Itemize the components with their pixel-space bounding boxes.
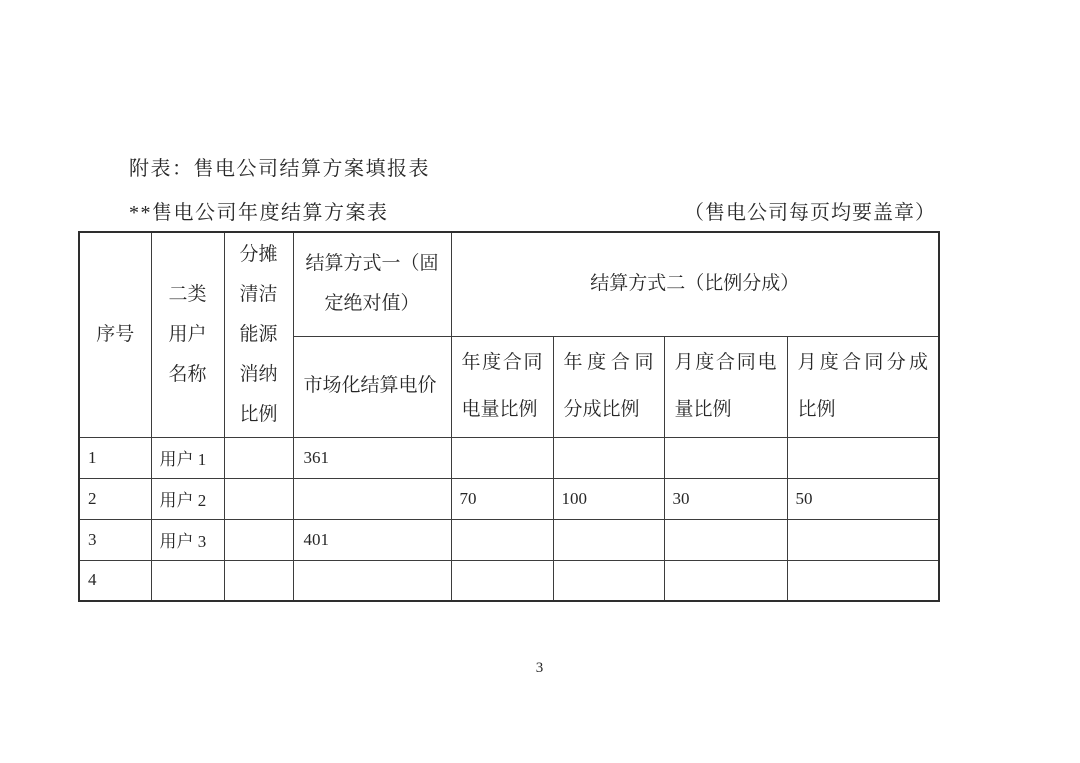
price-cell: 401: [293, 519, 451, 560]
annual-qty-cell: [451, 519, 553, 560]
price-cell: [293, 560, 451, 601]
header-method1-group: 结算方式一（固定绝对值）: [293, 232, 451, 336]
user-name-cell: 用户 3: [151, 519, 224, 560]
share-ratio-cell: [224, 478, 293, 519]
row-index-cell: 3: [79, 519, 151, 560]
table-row: 4: [79, 560, 939, 601]
user-name-cell: 用户 2: [151, 478, 224, 519]
table-title: **售电公司年度结算方案表: [129, 196, 389, 225]
monthly-qty-cell: [664, 437, 787, 478]
header-annual-qty-ratio: 年度合同电量比例: [451, 336, 553, 437]
user-name-cell: 用户 1: [151, 437, 224, 478]
user-name-cell: [151, 560, 224, 601]
header-annual-split-ratio: 年度合同分成比例: [553, 336, 664, 437]
price-cell: 361: [293, 437, 451, 478]
header-method2-group: 结算方式二（比例分成）: [451, 232, 939, 336]
header-user-category: 二类用户名称: [151, 232, 224, 437]
monthly-split-cell: 50: [787, 478, 939, 519]
annual-split-cell: [553, 519, 664, 560]
annual-split-cell: 100: [553, 478, 664, 519]
header-monthly-qty-ratio: 月度合同电量比例: [664, 336, 787, 437]
share-ratio-cell: [224, 560, 293, 601]
header-monthly-split-ratio: 月度合同分成比例: [787, 336, 939, 437]
monthly-qty-cell: [664, 560, 787, 601]
document-page: 附表：售电公司结算方案填报表 **售电公司年度结算方案表 （售电公司每页均要盖章…: [0, 0, 1080, 763]
row-index-cell: 2: [79, 478, 151, 519]
header-serial: 序号: [79, 232, 151, 437]
row-index-cell: 1: [79, 437, 151, 478]
stamp-note: （售电公司每页均要盖章）: [684, 196, 936, 225]
annual-qty-cell: [451, 437, 553, 478]
monthly-split-cell: [787, 519, 939, 560]
annual-split-cell: [553, 560, 664, 601]
table-row: 1 用户 1 361: [79, 437, 939, 478]
table-row: 3 用户 3 401: [79, 519, 939, 560]
monthly-split-cell: [787, 437, 939, 478]
share-ratio-cell: [224, 437, 293, 478]
annual-split-cell: [553, 437, 664, 478]
settlement-table: 序号 二类用户名称 分摊清洁能源消纳比例 结算方式一（固定绝对值） 结算方式二（…: [78, 231, 940, 602]
header-clean-energy-share: 分摊清洁能源消纳比例: [224, 232, 293, 437]
header-market-price: 市场化结算电价: [293, 336, 451, 437]
row-index-cell: 4: [79, 560, 151, 601]
monthly-split-cell: [787, 560, 939, 601]
annual-qty-cell: 70: [451, 478, 553, 519]
price-cell: [293, 478, 451, 519]
attachment-caption: 附表：售电公司结算方案填报表: [129, 152, 430, 181]
monthly-qty-cell: [664, 519, 787, 560]
monthly-qty-cell: 30: [664, 478, 787, 519]
share-ratio-cell: [224, 519, 293, 560]
annual-qty-cell: [451, 560, 553, 601]
page-number: 3: [0, 660, 1080, 677]
table-row: 2 用户 2 70 100 30 50: [79, 478, 939, 519]
